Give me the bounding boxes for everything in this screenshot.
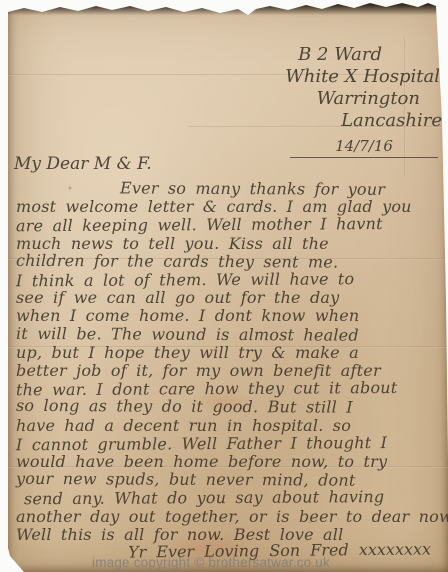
letter-line: I cannot grumble. Well Father I thought … bbox=[16, 434, 444, 455]
letter-line: it will be. The wound is almost healed bbox=[16, 325, 444, 345]
letter-line: so long as they do it good. But still I bbox=[16, 397, 444, 417]
address-line: Warrington bbox=[202, 88, 442, 110]
copyright-watermark: image copyright © brothersatwar.co.uk bbox=[92, 555, 330, 570]
letter-body: Ever so many thanks for yourmost welcome… bbox=[16, 180, 444, 544]
letter-line: I think a lot of them. We will have to bbox=[16, 270, 444, 291]
address-line: B 2 Ward bbox=[202, 44, 442, 66]
letter-line: when I come home. I dont know when bbox=[16, 307, 444, 325]
letter-line: Ever so many thanks for your bbox=[16, 179, 444, 199]
torn-top-edge bbox=[8, 0, 448, 16]
letter-date-text: 14/7/16 bbox=[335, 137, 393, 155]
address-line: Lancashire bbox=[202, 110, 442, 132]
letter-line: much news to tell you. Kiss all the bbox=[16, 235, 444, 253]
letter-greeting: My Dear M & F. bbox=[14, 154, 152, 174]
letter-line: see if we can all go out for the day bbox=[16, 289, 444, 307]
letter-address-block: B 2 WardWhite X HospitalWarringtonLancas… bbox=[202, 44, 442, 132]
letter-line: are all keeping well. Well mother I havn… bbox=[16, 215, 444, 236]
letter-line: another day out together, or is beer to … bbox=[16, 508, 444, 526]
letter-line: up, but I hope they will try & make a bbox=[16, 344, 444, 362]
letter-date: 14/7/16 bbox=[290, 137, 438, 158]
letter-paper: B 2 WardWhite X HospitalWarringtonLancas… bbox=[8, 0, 448, 572]
address-line: White X Hospital bbox=[202, 66, 442, 88]
photo-background: B 2 WardWhite X HospitalWarringtonLancas… bbox=[0, 0, 448, 572]
letter-line: send any. What do you say about having bbox=[16, 488, 444, 509]
